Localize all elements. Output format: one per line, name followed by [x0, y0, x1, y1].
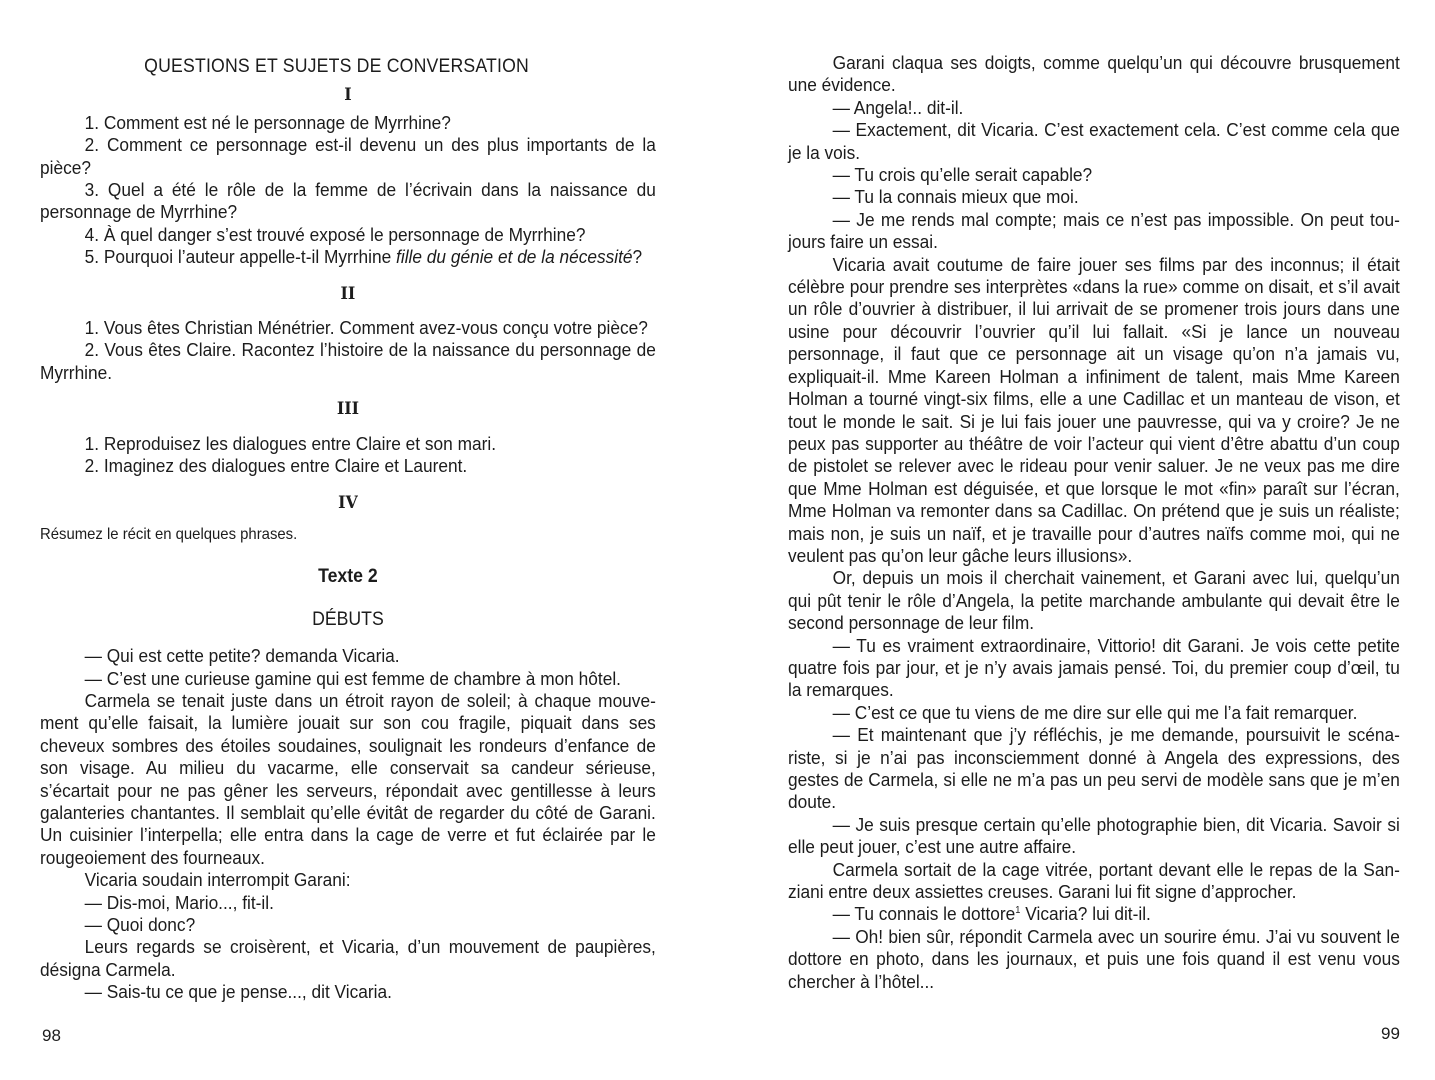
text-title: DÉBUTS: [40, 609, 656, 631]
question-3-2: 2. Imaginez des dialogues entre Claire e…: [40, 455, 656, 477]
page-number-left: 98: [42, 1026, 61, 1046]
paragraph: — Sais-tu ce que je pense..., dit Vicari…: [40, 981, 656, 1003]
section-title: QUESTIONS ET SUJETS DE CONVERSATION: [144, 56, 656, 78]
paragraph-text: — Tu connais le dottore: [833, 903, 1016, 924]
right-page: Garani claqua ses doigts, comme quelqu’u…: [788, 0, 1400, 1080]
paragraph: Vicaria soudain interrompit Garani:: [40, 869, 656, 891]
question-1-5-italic: fille du génie et de la nécessité: [396, 246, 632, 267]
left-page-content: QUESTIONS ET SUJETS DE CONVERSATION I 1.…: [40, 0, 656, 1004]
section-numeral-2: II: [40, 283, 656, 305]
paragraph: — Quoi donc?: [40, 914, 656, 936]
paragraph: Leurs regards se croisèrent, et Vicaria,…: [40, 936, 656, 981]
paragraph: — Oh! bien sûr, répondit Carmela avec un…: [788, 926, 1400, 993]
paragraph: — Et maintenant que j’y réfléchis, je me…: [788, 724, 1400, 814]
section-numeral-4: IV: [40, 492, 656, 514]
paragraph: — Tu la connais mieux que moi.: [788, 186, 1400, 208]
paragraph: — Je suis presque certain qu’elle photog…: [788, 814, 1400, 859]
paragraph: — Qui est cette petite? demanda Vicaria.: [40, 645, 656, 667]
question-1-5-text: 5. Pourquoi l’auteur appelle-t-il Myrrhi…: [85, 246, 396, 267]
question-1-5-end: ?: [633, 246, 643, 267]
question-1-3: 3. Quel a été le rôle de la femme de l’é…: [40, 179, 656, 224]
paragraph: — Dis-moi, Mario..., fit-il.: [40, 892, 656, 914]
text-heading: Texte 2: [40, 566, 656, 588]
left-page: QUESTIONS ET SUJETS DE CONVERSATION I 1.…: [40, 0, 656, 1080]
paragraph-with-footnote: — Tu connais le dottore1 Vicaria? lui di…: [788, 903, 1400, 925]
paragraph: Garani claqua ses doigts, comme quelqu’u…: [788, 52, 1400, 97]
question-4-1: Résumez le récit en quelques phrases.: [40, 524, 656, 546]
paragraph: — Exactement, dit Vicaria. C’est exactem…: [788, 119, 1400, 164]
right-page-content: Garani claqua ses doigts, comme quelqu’u…: [788, 0, 1400, 993]
question-2-2: 2. Vous êtes Claire. Racontez l’histoire…: [40, 339, 656, 384]
paragraph: — Tu es vraiment extraordinaire, Vittori…: [788, 635, 1400, 702]
question-1-2: 2. Comment ce personnage est-il devenu u…: [40, 134, 656, 179]
paragraph-text: Vicaria? lui dit-il.: [1020, 903, 1150, 924]
paragraph: — Je me rends mal compte; mais ce n’est …: [788, 209, 1400, 254]
question-2-1: 1. Vous êtes Christian Ménétrier. Commen…: [40, 317, 656, 339]
section-numeral-1: I: [40, 84, 656, 106]
question-1-4: 4. À quel danger s’est trouvé exposé le …: [40, 224, 656, 246]
paragraph: — C’est une curieuse gamine qui est femm…: [40, 668, 656, 690]
paragraph: — Angela!.. dit-il.: [788, 97, 1400, 119]
paragraph: — Tu crois qu’elle serait capable?: [788, 164, 1400, 186]
page-number-right: 99: [1381, 1024, 1400, 1044]
paragraph: — C’est ce que tu viens de me dire sur e…: [788, 702, 1400, 724]
paragraph: Vicaria avait coutume de faire jouer ses…: [788, 254, 1400, 568]
paragraph: Carmela se tenait juste dans un étroit r…: [40, 690, 656, 869]
question-3-1: 1. Reproduisez les dialogues entre Clair…: [40, 433, 656, 455]
paragraph: Carmela sortait de la cage vitrée, porta…: [788, 859, 1400, 904]
question-1-5: 5. Pourquoi l’auteur appelle-t-il Myrrhi…: [40, 246, 656, 268]
section-numeral-3: III: [40, 398, 656, 420]
paragraph: Or, depuis un mois il cherchait vainemen…: [788, 567, 1400, 634]
question-1-1: 1. Comment est né le personnage de Myrrh…: [40, 112, 656, 134]
